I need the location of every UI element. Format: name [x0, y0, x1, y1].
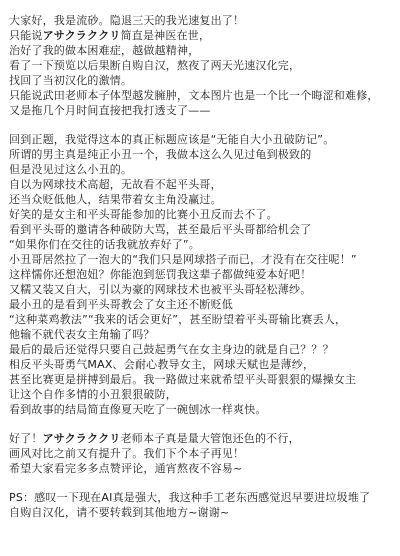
- text-line: 小丑哥居然拉了一泡大的“我们只是网球搭子而已，才没有在交往呢！”: [9, 252, 394, 267]
- paragraph: 回到正题，我觉得这本的真正标题应该是“无能自大小丑破防记”。所谓的男主真是纯正小…: [9, 132, 394, 417]
- text-line: 最后的最后还觉得只要自己鼓起勇气在女主身边的就是自己？？？: [9, 342, 394, 357]
- text-line: 甚至比赛更是拼搏到最后。我一路做过来就希望平头哥狠狠的爆操女主: [9, 372, 394, 387]
- text-line: 好笑的是女主和平头哥能参加的比赛小丑反而去不了。: [9, 207, 394, 222]
- text-segment: 最小丑的是看到平头哥教会了女主还不断贬低: [9, 298, 233, 311]
- text-segment: 小丑哥居然拉了一泡大的“我们只是网球搭子而已，才没有在交往呢！”: [9, 253, 357, 266]
- text-line: 画风对比之前又有提升了。我们下个本子再见！: [9, 446, 394, 461]
- text-segment: 只能说: [9, 29, 43, 42]
- text-line: 看到故事的结局简直像夏天吃了一碗刨冰一样爽快。: [9, 402, 394, 417]
- text-segment: 大家好，我是流砂。隐退三天的我光速复出了！: [9, 14, 244, 27]
- text-segment: 让这个自作多情的小丑狠狠破防，: [9, 388, 177, 401]
- text-line: 但是没见过这么小丑的。: [9, 162, 394, 177]
- text-line: 又是拖几个月时间直接把我打透支了——: [9, 103, 394, 118]
- text-segment: 好笑的是女主和平头哥能参加的比赛小丑反而去不了。: [9, 208, 278, 221]
- text-segment: 最后的最后还觉得只要自己鼓起勇气在女主身边的就是自己？？？: [9, 343, 334, 356]
- text-segment: 又糯又装又自大，引以为豪的网球技术也被平头哥轻松薄纱。: [9, 283, 311, 296]
- text-line: 治好了我的做本困难症，越做越精神，: [9, 43, 394, 58]
- text-segment: 治好了我的做本困难症，越做越精神，: [9, 44, 199, 57]
- text-segment: 还当众贬低他人，结果带着女主角没赢过。: [9, 193, 222, 206]
- text-segment: 画风对比之前又有提升了。我们下个本子再见！: [9, 447, 244, 460]
- text-segment: 只能说武田老师本子体型越发臃肿，文本图片也是一个比一个晦涩和难修，: [9, 89, 379, 102]
- text-segment: 又是拖几个月时间直接把我打透支了——: [9, 104, 211, 117]
- text-line: 这样懦你还想泡妞？你能泡到惩罚我这辈子都做纯爱本好吧！: [9, 267, 394, 282]
- text-line: 相反平头哥勇气MAX、会耐心教导女主，网球天赋也是薄纱，: [9, 357, 394, 372]
- text-line: PS：感叹一下现在AI真是强大，我这种手工老东西感觉迟早要进垃圾堆了: [9, 490, 394, 505]
- text-line: “这种菜鸡教法”“我来的话会更好”，甚至盼望着平头哥输比赛丢人，: [9, 312, 394, 327]
- text-segment: 希望大家看完多多点赞评论，通宵熬夜不容易~: [9, 462, 242, 475]
- text-line: 希望大家看完多多点赞评论，通宵熬夜不容易~: [9, 461, 394, 476]
- text-line: “如果你们在交往的话我就放弃好了”。: [9, 237, 394, 252]
- text-segment: “如果你们在交往的话我就放弃好了”。: [9, 238, 200, 251]
- text-line: 最小丑的是看到平头哥教会了女主还不断贬低: [9, 297, 394, 312]
- text-segment: 看了一下预览以后果断自购自汉，熬夜了两天光速汉化完，: [9, 59, 300, 72]
- text-segment: 所谓的男主真是纯正小丑一个，我做本这么久见过龟到极致的: [9, 148, 311, 161]
- text-segment: 相反平头哥勇气MAX、会耐心教导女主，网球天赋也是薄纱，: [9, 358, 314, 371]
- text-segment: 回到正题，我觉得这本的真正标题应该是“无能自大小丑破防记”。: [9, 133, 334, 146]
- emphasis-text: アサクラククリ: [43, 29, 121, 42]
- text-line: 又糯又装又自大，引以为豪的网球技术也被平头哥轻松薄纱。: [9, 282, 394, 297]
- text-segment: 自购自汉化，请不要转载到其他地方~谢谢~: [9, 506, 229, 519]
- text-segment: 老师本子真是量大管饱还色的不行，: [121, 432, 300, 445]
- text-segment: 好了！: [9, 432, 43, 445]
- paragraph: 大家好，我是流砂。隐退三天的我光速复出了！只能说アサクラククリ简直是神医在世，治…: [9, 13, 394, 118]
- paragraph: 好了！アサクラククリ老师本子真是量大管饱还色的不行，画风对比之前又有提升了。我们…: [9, 431, 394, 476]
- text-line: 还当众贬低他人，结果带着女主角没赢过。: [9, 192, 394, 207]
- text-segment: 甚至比赛更是拼搏到最后。我一路做过来就希望平头哥狠狠的爆操女主: [9, 373, 356, 386]
- text-segment: 他输不就代表女主角输了吗？: [9, 328, 155, 341]
- text-segment: 但是没见过这么小丑的。: [9, 163, 132, 176]
- text-line: 只能说武田老师本子体型越发臃肿，文本图片也是一个比一个晦涩和难修，: [9, 88, 394, 103]
- text-line: 看了一下预览以后果断自购自汉，熬夜了两天光速汉化完，: [9, 58, 394, 73]
- text-line: 看到平头哥的邀请各种破防大骂，甚至最后平头哥都给机会了: [9, 222, 394, 237]
- paragraph: PS：感叹一下现在AI真是强大，我这种手工老东西感觉迟早要进垃圾堆了自购自汉化，…: [9, 490, 394, 520]
- text-line: 回到正题，我觉得这本的真正标题应该是“无能自大小丑破防记”。: [9, 132, 394, 147]
- text-segment: 找回了当初汉化的激情。: [9, 74, 132, 87]
- text-line: 大家好，我是流砂。隐退三天的我光速复出了！: [9, 13, 394, 28]
- text-segment: 看到故事的结局简直像夏天吃了一碗刨冰一样爽快。: [9, 403, 267, 416]
- text-line: 他输不就代表女主角输了吗？: [9, 327, 394, 342]
- text-line: 自购自汉化，请不要转载到其他地方~谢谢~: [9, 505, 394, 520]
- translator-note-page: 大家好，我是流砂。隐退三天的我光速复出了！只能说アサクラククリ简直是神医在世，治…: [0, 0, 400, 556]
- text-segment: PS：感叹一下现在AI真是强大，我这种手工老东西感觉迟早要进垃圾堆了: [9, 491, 370, 504]
- text-line: 让这个自作多情的小丑狠狠破防，: [9, 387, 394, 402]
- text-segment: 看到平头哥的邀请各种破防大骂，甚至最后平头哥都给机会了: [9, 223, 311, 236]
- text-segment: 简直是神医在世，: [121, 29, 211, 42]
- text-segment: 这样懦你还想泡妞？你能泡到惩罚我这辈子都做纯爱本好吧！: [9, 268, 311, 281]
- text-segment: 自以为网球技术高超，无故看不起平头哥，: [9, 178, 222, 191]
- text-line: 只能说アサクラククリ简直是神医在世，: [9, 28, 394, 43]
- emphasis-text: アサクラククリ: [43, 432, 121, 445]
- note-text: 大家好，我是流砂。隐退三天的我光速复出了！只能说アサクラククリ简直是神医在世，治…: [9, 13, 394, 520]
- text-line: 找回了当初汉化的激情。: [9, 73, 394, 88]
- text-line: 自以为网球技术高超，无故看不起平头哥，: [9, 177, 394, 192]
- text-segment: “这种菜鸡教法”“我来的话会更好”，甚至盼望着平头哥输比赛丢人，: [9, 313, 346, 326]
- text-line: 所谓的男主真是纯正小丑一个，我做本这么久见过龟到极致的: [9, 147, 394, 162]
- text-line: 好了！アサクラククリ老师本子真是量大管饱还色的不行，: [9, 431, 394, 446]
